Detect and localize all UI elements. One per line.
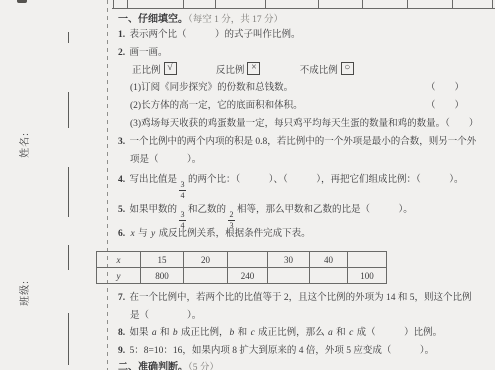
y-blank-cell [184,268,228,284]
section-2-heading: 二、准确判断。 [118,362,188,370]
x-value-cell: 20 [184,252,228,268]
class-label: 班级: [4,274,42,312]
section-1-title: 一、仔细填空。（每空 1 分，共 17 分） [118,13,283,27]
class-write-line [68,245,69,270]
page-corner-mark [17,0,27,3]
question-3-line-2: 项是（ ）。 [130,154,201,167]
question-8: 8. 如果 a 和 b 成正比例，b 和 c 成正比例，那么 a 和 c 成（ … [118,327,442,340]
row-label-x: x [97,252,141,268]
name-label: 姓名: [4,126,42,164]
x-blank-cell [228,252,268,268]
inverse-proportion-table: x 15 20 30 40 y 800 240 100 [96,251,387,284]
margin-line [68,32,69,43]
question-3-line-1: 3. 一个比例中的两个内项的积是 0.8，若比例中的一个外项是最小的合数，则另一… [118,136,476,149]
question-9: 9. 5：8=10：16，如果内项 8 扩大到原来的 4 倍，外项 5 应变成（… [118,345,434,358]
section-1-points-note: （每空 1 分，共 17 分） [188,15,283,25]
exam-paper-page: 姓名: 班级: 一、仔细填空。（每空 1 分，共 17 分） 1. 表示两个比（… [0,0,495,370]
name-write-line [68,167,69,217]
question-4: 4. 写出比值是34的两个比：（ ）、（ ），再把它们组成比例：（ ）。 [118,170,464,200]
x-value-cell: 15 [141,252,184,268]
checkbox-cross-icon: × [247,62,260,75]
name-write-line [68,92,69,128]
question-2-item-1: (1)订阅《同步探究》的份数和总钱数。 （ ） [130,82,472,95]
y-value-cell: 240 [228,268,268,284]
question-2: 2. 画一画。 [118,47,168,60]
legend-inverse: 反比例× [216,66,261,76]
question-2-item-3: (3)鸡场每天收获的鸡蛋数量一定，每只鸡平均每天生蛋的数量和鸡的数量。（ ） [130,118,478,131]
question-7-line-2: 是（ ）。 [130,310,201,323]
legend-proportional: 正比例√ [132,66,177,76]
section-1-heading: 一、仔细填空。 [118,14,188,25]
question-2-legend: 正比例√ 反比例× 不成比例○ [132,62,391,78]
question-7-line-1: 7. 在一个比例中，若两个比的比值等于 2，且这个比例的外项为 14 和 5，则… [118,292,472,305]
checkbox-circle-icon: ○ [341,62,354,75]
answer-parens: （ ） [426,82,464,95]
table-row-y: y 800 240 100 [97,268,387,284]
question-2-item-2: (2)长方体的高一定，它的底面积和体积。 （ ） [130,100,472,113]
score-table-divider [113,0,114,8]
question-1: 1. 表示两个比（ ）的式子叫作比例。 [118,29,301,42]
class-write-line [68,313,69,365]
x-value-cell: 30 [268,252,310,268]
y-blank-cell [310,268,348,284]
y-blank-cell [268,268,310,284]
table-row-x: x 15 20 30 40 [97,252,387,268]
section-2-title: 二、准确判断。（5 分） [118,361,219,370]
answer-parens: （ ） [426,100,464,113]
row-label-y: y [97,268,141,284]
paper-content: 一、仔细填空。（每空 1 分，共 17 分） 1. 表示两个比（ ）的式子叫作比… [118,0,472,370]
section-2-points-note: （5 分） [188,363,219,370]
checkbox-check-icon: √ [164,62,177,75]
y-value-cell: 800 [141,268,184,284]
x-value-cell: 40 [310,252,348,268]
question-5: 5. 如果甲数的34和乙数的23相等，那么甲数和乙数的比是（ ）。 [118,200,413,230]
legend-neither: 不成比例○ [300,66,354,76]
y-value-cell: 100 [348,268,387,284]
question-6: 6. x 与 y 成反比例关系，根据条件完成下表。 [118,228,311,241]
x-blank-cell [348,252,387,268]
score-table-divider [492,0,493,8]
binding-dashed-line [107,0,108,370]
